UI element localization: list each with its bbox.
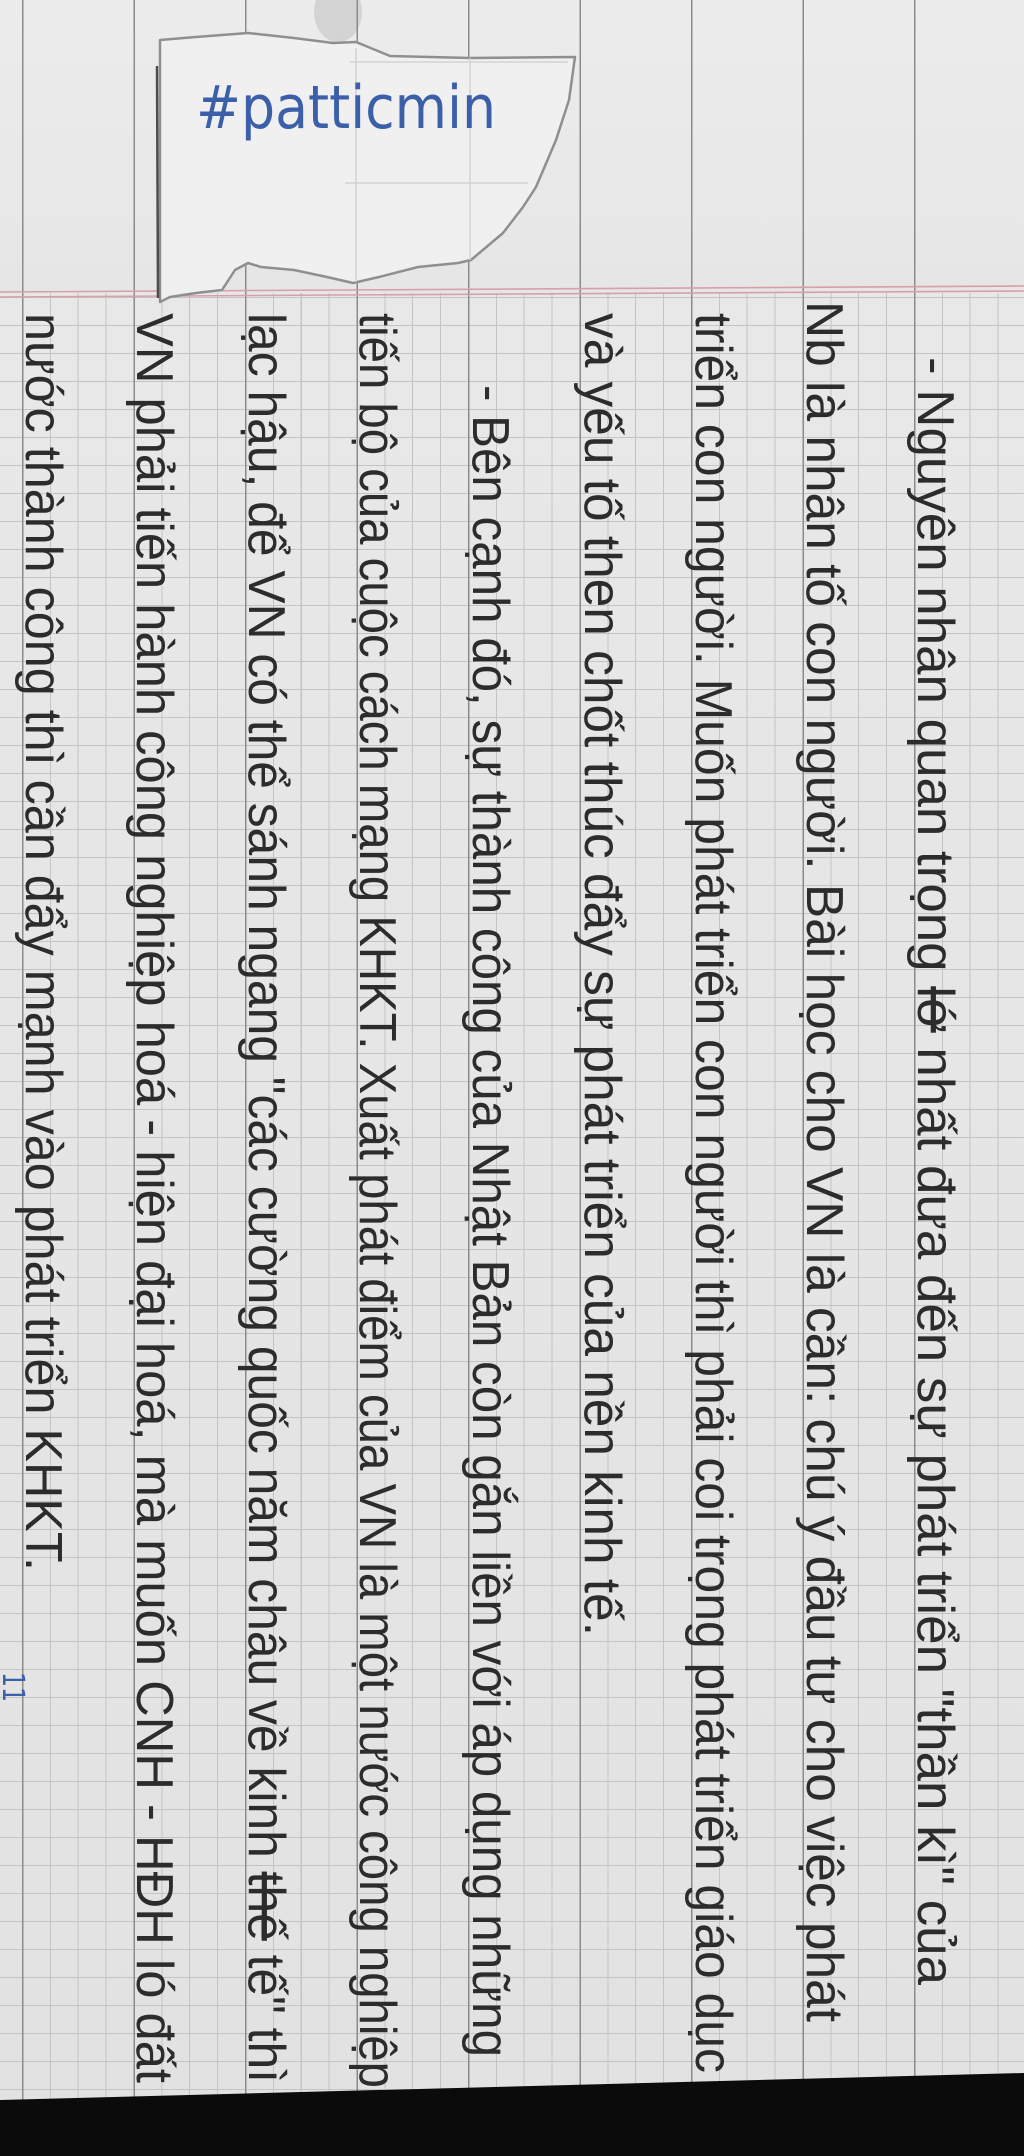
shadow-smudge: [314, 0, 362, 42]
line-text: - Nguyên nhân quan trọng: [906, 357, 964, 986]
handwritten-line-1: - Nguyên nhân quan trọng lớ nhất đưa đến…: [906, 357, 964, 1985]
notebook-page-photo: #patticmin - Nguyên nhân quan trọng lớ n…: [0, 0, 1024, 2156]
handwritten-line-8: VN phải tiến hành công nghiệp hoá - hiện…: [125, 313, 183, 2084]
handwritten-notes: - Nguyên nhân quan trọng lớ nhất đưa đến…: [14, 301, 964, 2088]
handwritten-line-7: lạc hậu, để VN có thể sánh ngang "các cư…: [237, 313, 295, 2083]
line-text: lạc hậu, để VN có thể sánh ngang "các cư…: [237, 313, 295, 1872]
end-mark: 11: [0, 1672, 30, 1702]
line-text: nhất đưa đến sự phát triển "thần kì" của: [906, 1033, 964, 1985]
handwritten-line-3: triển con người. Muốn phát triển con ngư…: [684, 313, 742, 2073]
hashtag-label: #patticmin: [196, 73, 496, 143]
handwritten-line-5: - Bên cạnh đó, sự thành công của Nhật Bả…: [461, 385, 519, 2057]
handwritten-line-4: và yếu tố then chốt thúc đẩy sự phát tri…: [573, 313, 631, 1636]
note-left-edge-shadow: [157, 66, 158, 298]
dark-background-edge: [0, 2073, 1024, 2156]
handwritten-line-6: tiến bộ của cuộc cách mạng KHKT. Xuất ph…: [348, 313, 406, 2088]
torn-paper-note: #patticmin: [157, 33, 575, 302]
page-overlay: #patticmin - Nguyên nhân quan trọng lớ n…: [0, 0, 1024, 2156]
struck-out-word: thế: [237, 1872, 295, 1941]
struck-out-word: lớ: [906, 986, 964, 1032]
line-text: tế" thì: [237, 1941, 295, 2083]
handwritten-line-9: nước thành công thì cần đẩy mạnh vào phá…: [14, 313, 72, 1571]
handwritten-line-2: Nb là nhân tố con người. Bài học cho VN …: [795, 301, 853, 2023]
